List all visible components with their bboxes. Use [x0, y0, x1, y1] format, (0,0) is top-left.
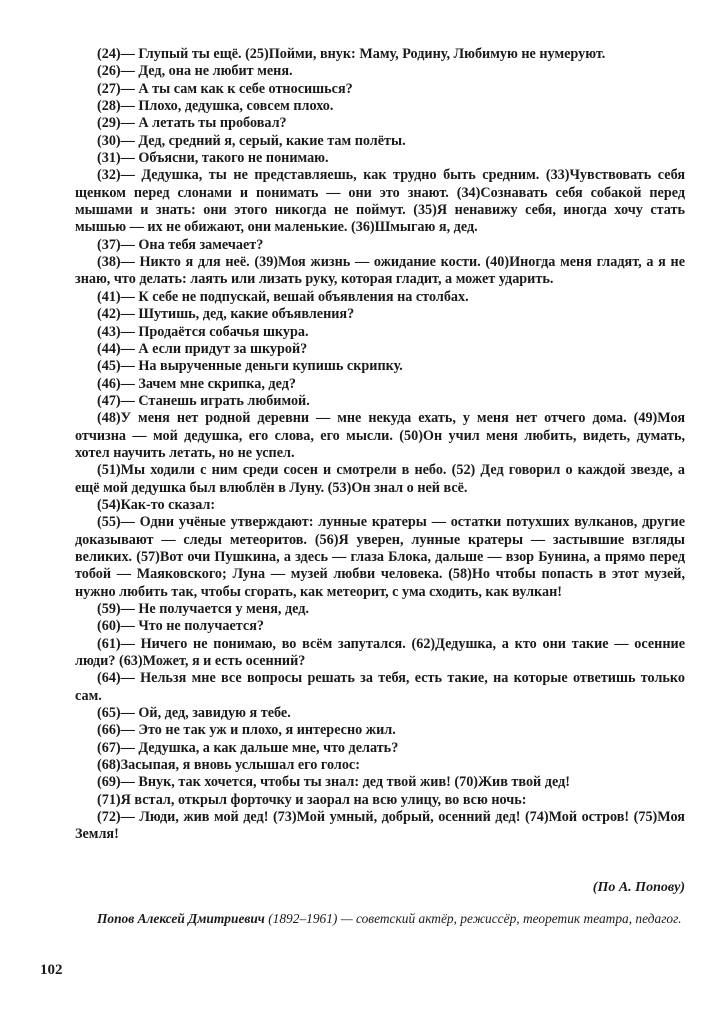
paragraph: (60)— Что не получается? [75, 618, 685, 635]
paragraph: (64)— Нельзя мне все вопросы решать за т… [75, 670, 685, 705]
paragraph: (61)— Ничего не понимаю, во всём запутал… [75, 636, 685, 671]
paragraph: (28)— Плохо, дедушка, совсем плохо. [75, 98, 685, 115]
source-attribution: (По А. Попову) [593, 880, 685, 896]
paragraph: (30)— Дед, средний я, серый, какие там п… [75, 133, 685, 150]
paragraph: (31)— Объясни, такого не понимаю. [75, 150, 685, 167]
paragraph: (43)— Продаётся собачья шкура. [75, 324, 685, 341]
paragraph: (42)— Шутишь, дед, какие объявления? [75, 306, 685, 323]
paragraph: (27)— А ты сам как к себе относишься? [75, 81, 685, 98]
paragraph: (37)— Она тебя замечает? [75, 237, 685, 254]
paragraph: (26)— Дед, она не любит меня. [75, 63, 685, 80]
page-number: 102 [40, 962, 63, 979]
paragraph: (54)Как-то сказал: [75, 497, 685, 514]
paragraph: (66)— Это не так уж и плохо, я интересно… [75, 722, 685, 739]
paragraph: (48)У меня нет родной деревни — мне неку… [75, 410, 685, 462]
paragraph: (45)— На вырученные деньги купишь скрипк… [75, 358, 685, 375]
author-years: (1892–1961) [268, 911, 337, 926]
paragraph: (59)— Не получается у меня, дед. [75, 601, 685, 618]
paragraph: (41)— К себе не подпускай, вешай объявле… [75, 289, 685, 306]
author-name: Попов Алексей Дмитриевич [97, 911, 265, 926]
paragraph: (71)Я встал, открыл форточку и заорал на… [75, 792, 685, 809]
author-description: — советский актёр, режиссёр, теоретик те… [337, 911, 681, 926]
paragraph: (72)— Люди, жив мой дед! (73)Мой умный, … [75, 809, 685, 844]
paragraph: (68)Засыпая, я вновь услышал его голос: [75, 757, 685, 774]
paragraph: (47)— Станешь играть любимой. [75, 393, 685, 410]
paragraph: (67)— Дедушка, а как дальше мне, что дел… [75, 740, 685, 757]
paragraph: (38)— Никто я для неё. (39)Моя жизнь — о… [75, 254, 685, 289]
paragraph: (46)— Зачем мне скрипка, дед? [75, 376, 685, 393]
paragraph: (24)— Глупый ты ещё. (25)Пойми, внук: Ма… [75, 46, 685, 63]
paragraph: (29)— А летать ты пробовал? [75, 115, 685, 132]
paragraph: (44)— А если придут за шкурой? [75, 341, 685, 358]
story-text: (24)— Глупый ты ещё. (25)Пойми, внук: Ма… [75, 46, 685, 844]
paragraph: (65)— Ой, дед, завидую я тебе. [75, 705, 685, 722]
author-bio: Попов Алексей Дмитриевич (1892–1961) — с… [75, 910, 685, 928]
paragraph: (69)— Внук, так хочется, чтобы ты знал: … [75, 774, 685, 791]
paragraph: (32)— Дедушка, ты не представляешь, как … [75, 167, 685, 236]
paragraph: (55)— Одни учёные утверждают: лунные кра… [75, 514, 685, 601]
paragraph: (51)Мы ходили с ним среди сосен и смотре… [75, 462, 685, 497]
